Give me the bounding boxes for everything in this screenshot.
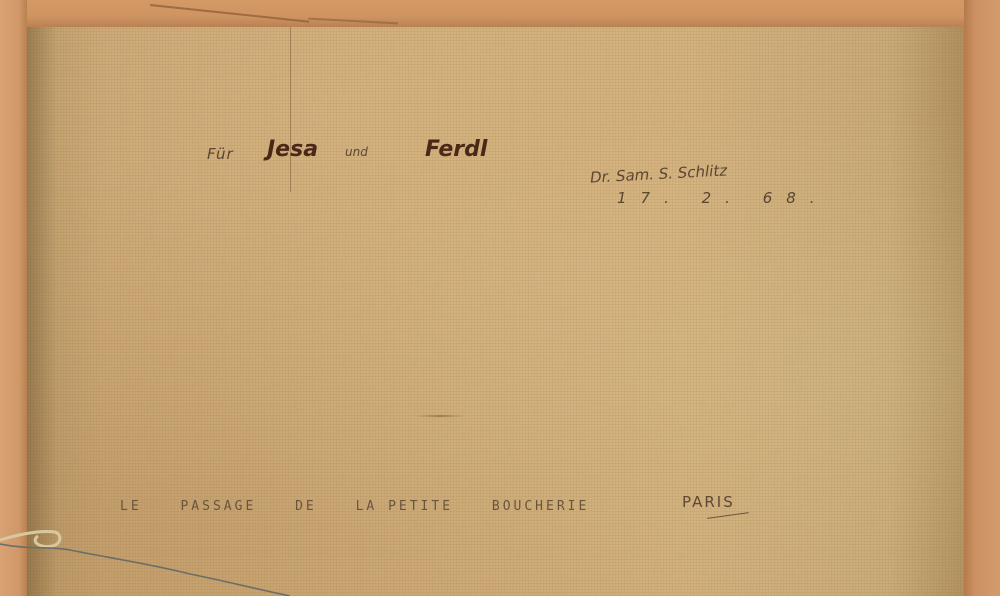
canvas-linen: Für Jesa und Ferdl Dr. Sam. S. Schlitz 1… (27, 27, 964, 596)
dedication-und: und (345, 145, 368, 159)
painting-title: LE PASSAGE DE LA PETITE BOUCHERIE (120, 499, 617, 514)
dedication-name-1: Jesa (267, 137, 318, 162)
hanging-wire (0, 520, 300, 596)
canvas-crease (290, 27, 291, 192)
painting-back-photo: Für Jesa und Ferdl Dr. Sam. S. Schlitz 1… (0, 0, 1000, 596)
frame-right-bar (964, 0, 1000, 596)
title-word: LA PETITE (356, 499, 453, 514)
title-word: BOUCHERIE (492, 499, 589, 514)
title-word: DE (295, 499, 317, 514)
signature: Dr. Sam. S. Schlitz (590, 161, 728, 186)
dedication-fur: Für (207, 145, 234, 163)
title-word: LE (120, 499, 142, 514)
location-underline (707, 512, 749, 519)
center-mark (415, 415, 465, 417)
title-word: PASSAGE (180, 499, 256, 514)
dedication-name-2: Ferdl (425, 137, 487, 162)
frame-left-bar (0, 0, 27, 596)
location-inscription: PARIS (682, 493, 735, 511)
date-inscription: 17. 2. 68. (617, 189, 829, 207)
